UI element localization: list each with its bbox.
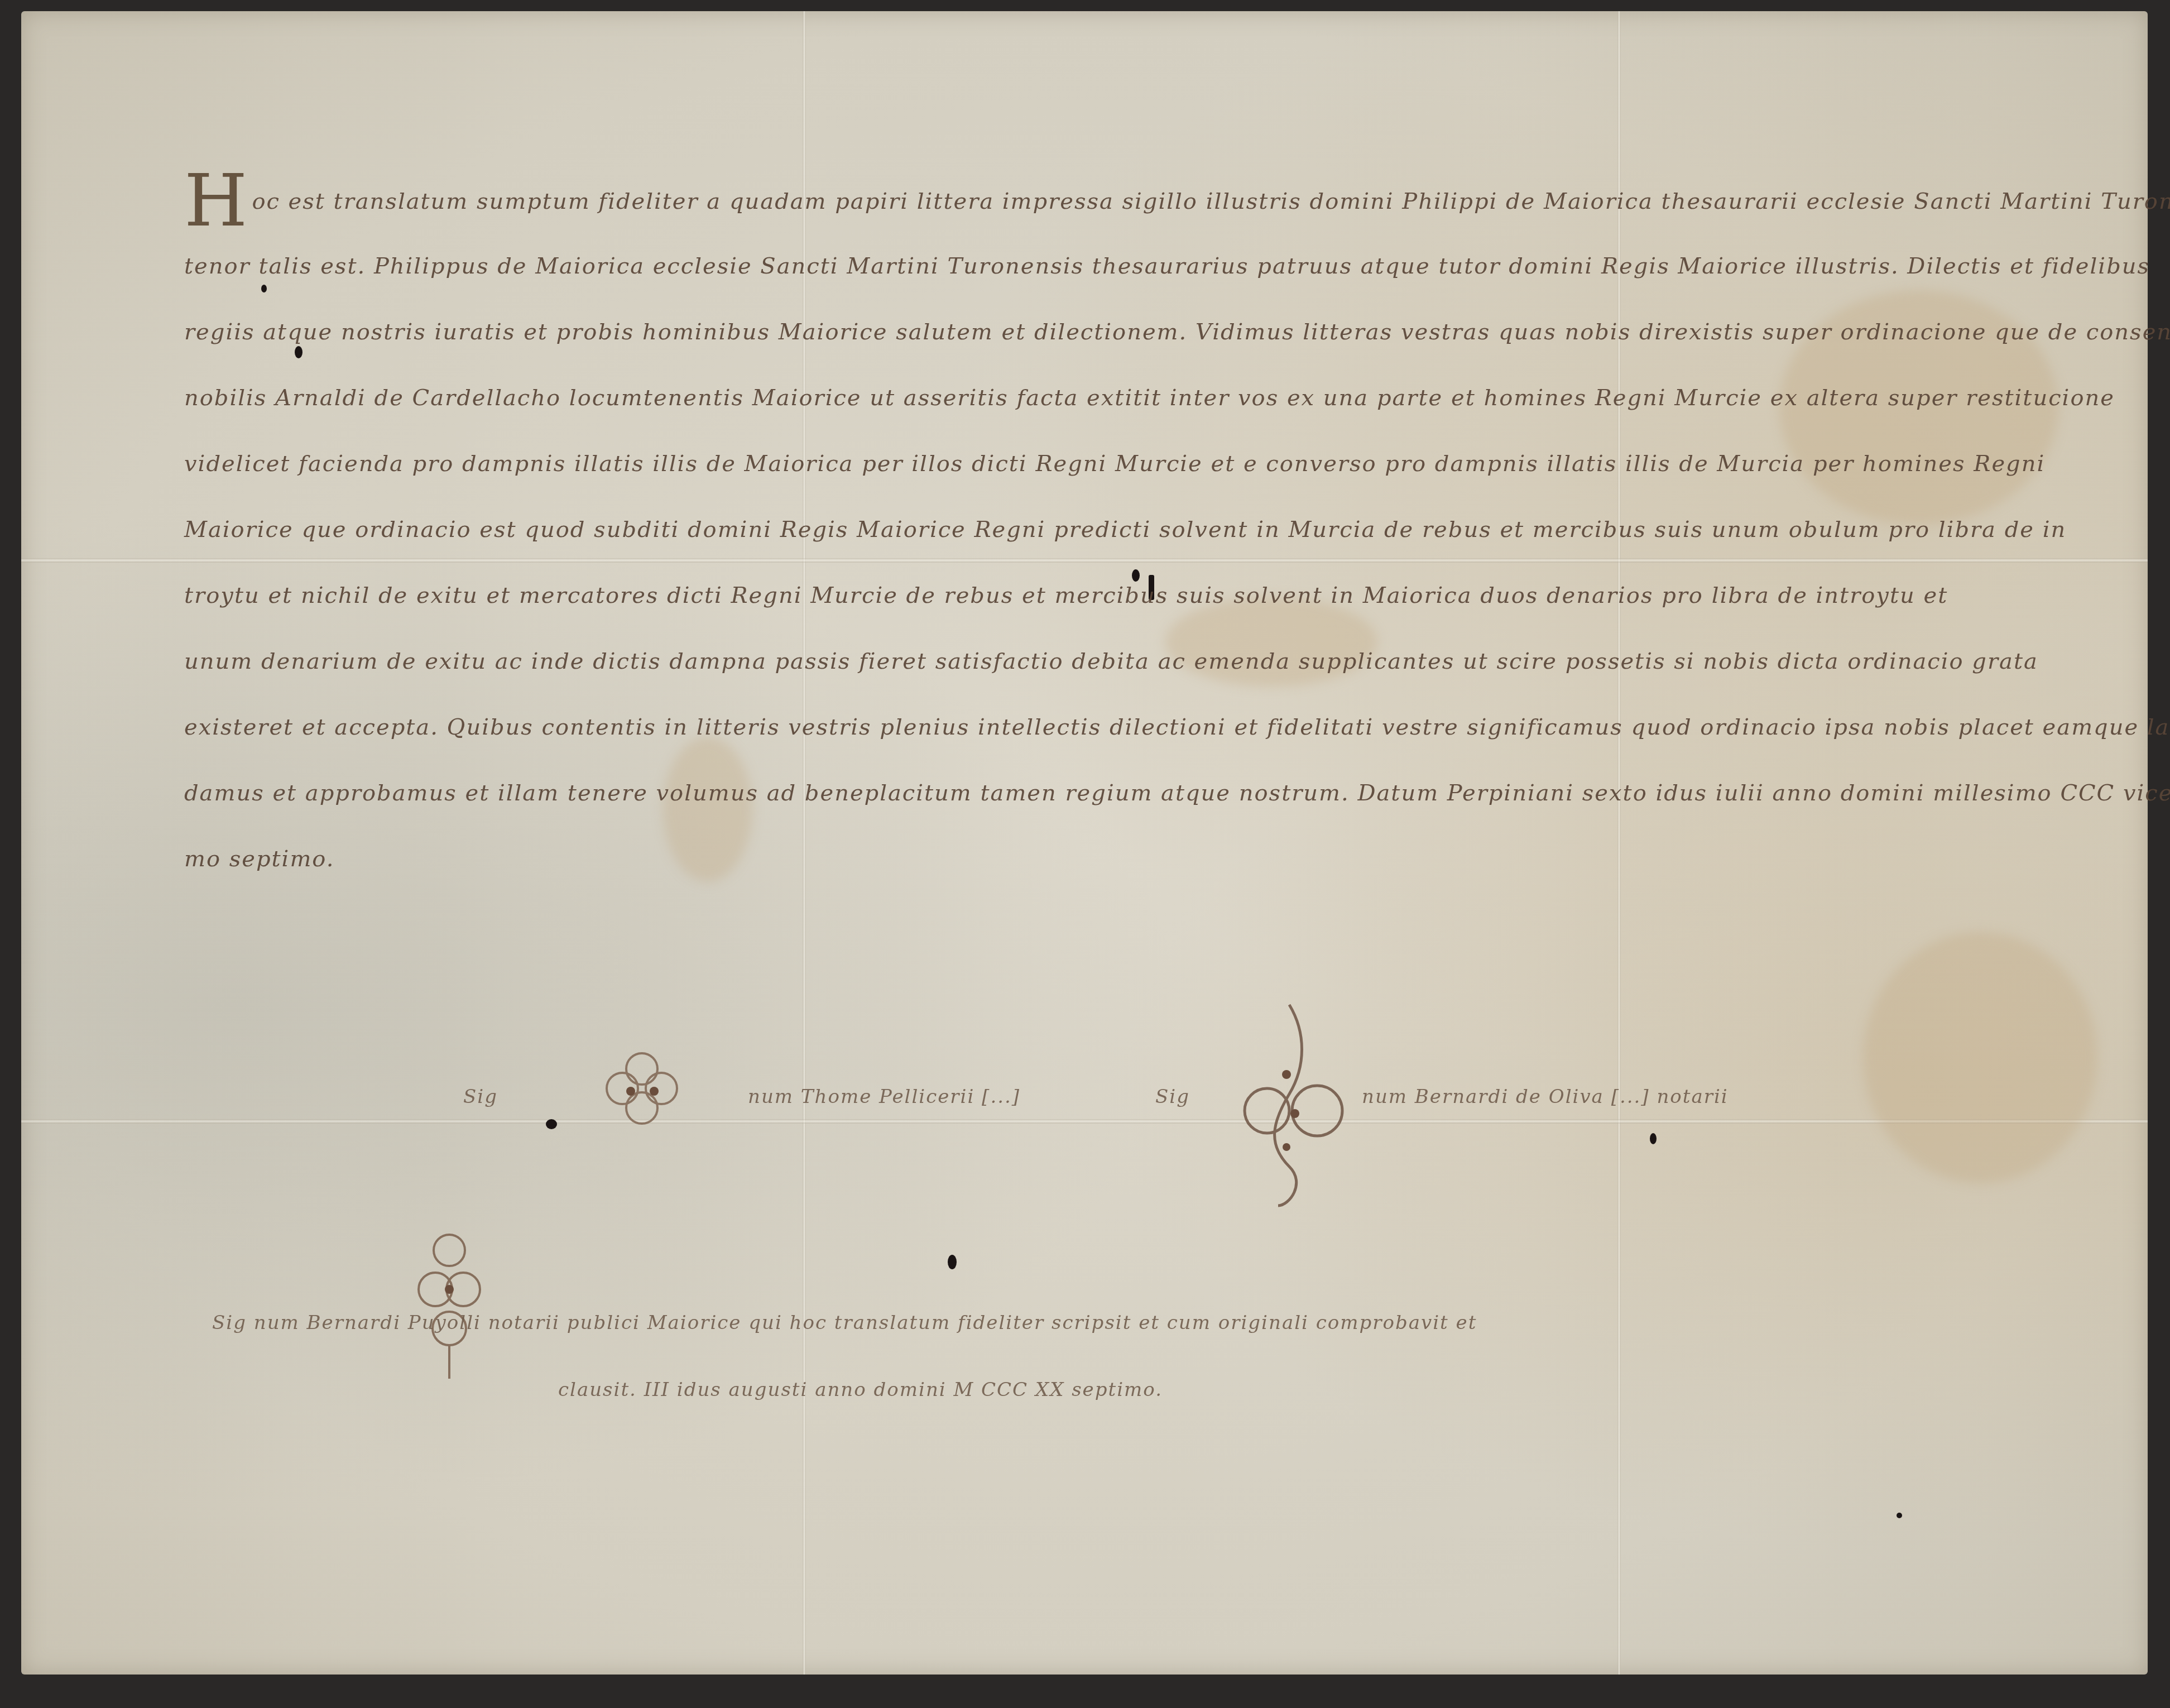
text-line-1: Hoc est translatum sumptum fideliter a q… [184, 167, 1970, 233]
ink-spot [1897, 1513, 1902, 1518]
notarial-sign-icon [407, 1217, 491, 1384]
ink-spot [948, 1255, 957, 1269]
text-line-4: nobilis Arnaldi de Cardellacho locumtene… [184, 365, 1970, 431]
text-line-7: troytu et nichil de exitu et mercatores … [184, 563, 1970, 628]
notarial-subscription-line-1: Sig num Bernardi Puyolli notarii publici… [212, 1312, 1477, 1334]
subscription-text: num Bernardi de Oliva [...] notarii [1362, 1086, 1729, 1108]
subscription-label: Sig [1155, 1086, 1190, 1108]
text-line-9: existeret et accepta. Quibus contentis i… [184, 694, 1970, 760]
decorated-initial: H [184, 158, 248, 243]
notarial-subscription-line-2: clausit. III idus augusti anno domini M … [558, 1379, 1163, 1401]
subscription-text: num Thome Pellicerii [...] [748, 1086, 1020, 1108]
text-line-2: tenor talis est. Philippus de Maiorica e… [184, 233, 1970, 299]
ink-spot [546, 1119, 557, 1129]
text-line-3: regiis atque nostris iuratis et probis h… [184, 299, 1970, 365]
charter-text: Hoc est translatum sumptum fideliter a q… [184, 167, 1970, 892]
fold-line-horizontal [21, 1119, 2148, 1124]
ink-spot [1650, 1133, 1657, 1144]
text-line-10: damus et approbamus et illam tenere volu… [184, 760, 1970, 826]
notarial-sign-icon [592, 1038, 692, 1139]
water-stain [1863, 932, 2097, 1183]
notarial-sign-icon [1222, 999, 1356, 1211]
text-line-8: unum denarium de exitu ac inde dictis da… [184, 628, 1970, 694]
text-line-6: Maiorice que ordinacio est quod subditi … [184, 497, 1970, 563]
text-line-5: videlicet facienda pro dampnis illatis i… [184, 431, 1970, 497]
text-line-11: mo septimo. [184, 826, 1970, 892]
subscription-label: Sig [463, 1086, 498, 1108]
